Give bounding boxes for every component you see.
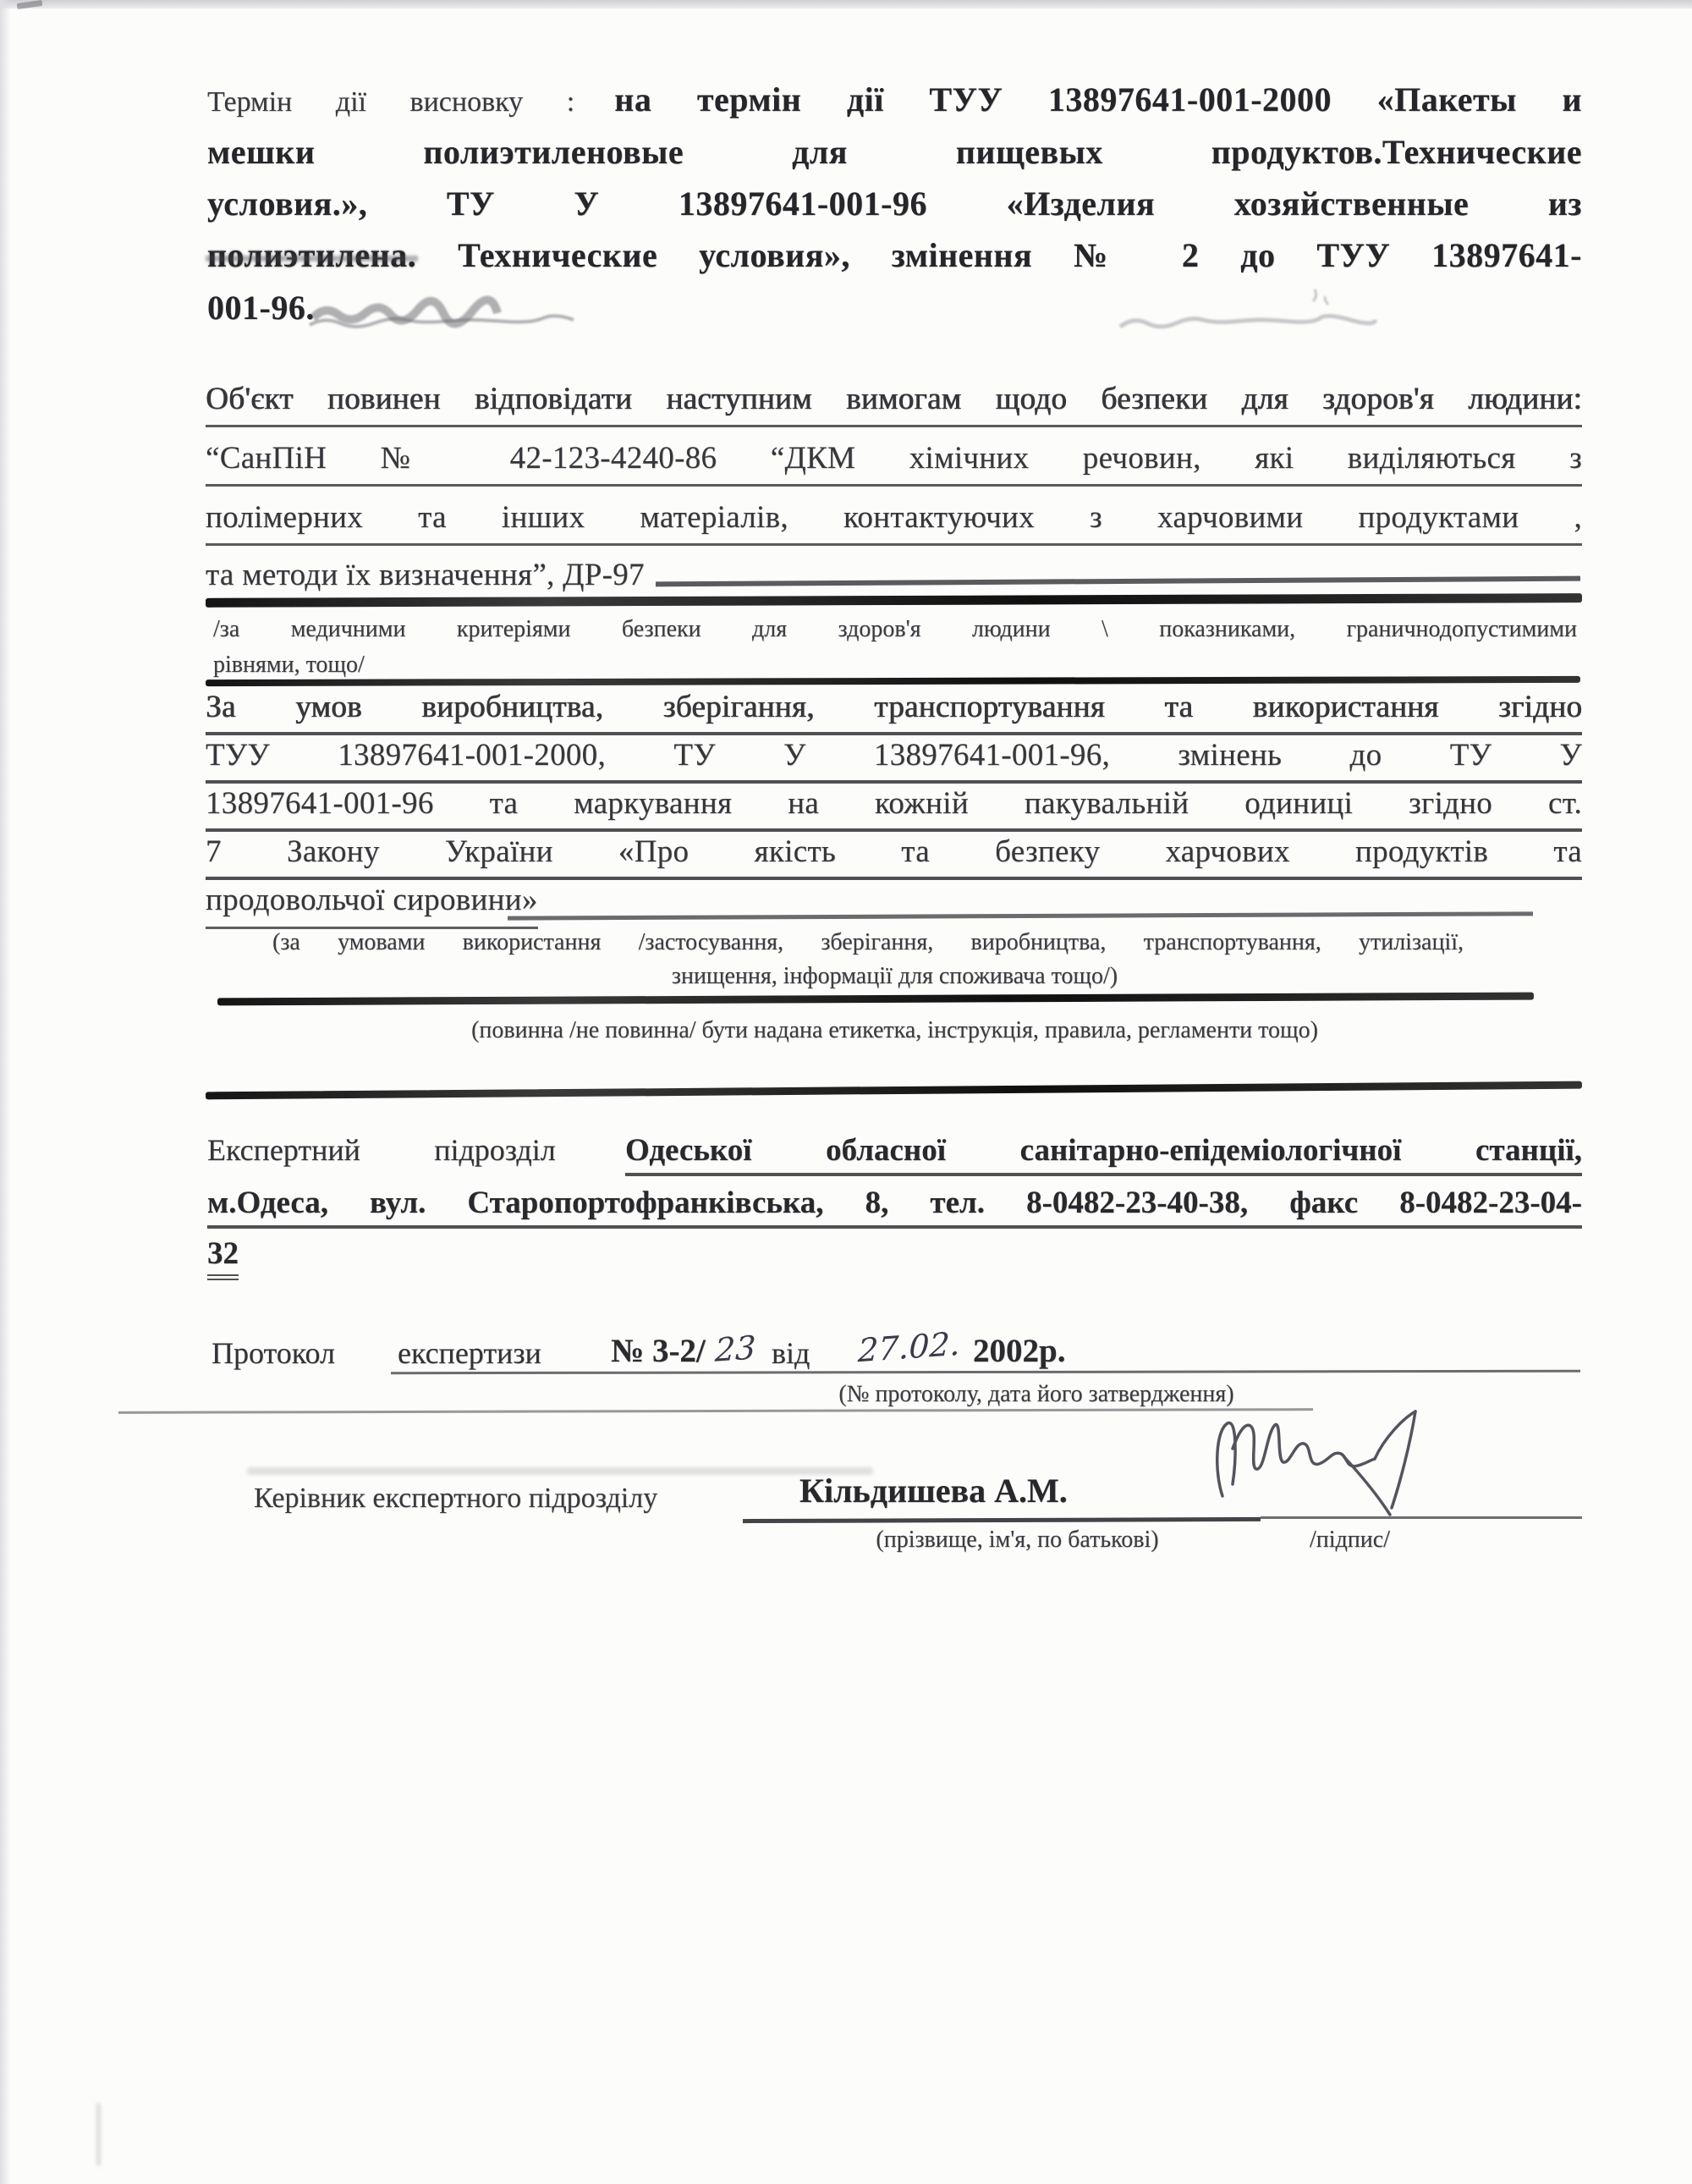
head-label: Керівник експертного підрозділу (254, 1483, 657, 1515)
term-line-4-struck-word: полиэтилена. (207, 236, 416, 274)
head-name: Кільдишева А.М. (799, 1471, 1068, 1510)
conditions-line-5: продовольчої сировини» (206, 882, 538, 929)
protocol-number-printed: № 3-2/ (611, 1332, 706, 1370)
criteria-note-line-1: /за медичними критеріями безпеки для здо… (213, 616, 1577, 643)
head-caption-sign: /підпис/ (1310, 1527, 1390, 1554)
safety-line-3: полімерних та інших матеріалів, контакту… (206, 499, 1582, 546)
document-page: Термін дії висновку : на термін дії ТУУ … (0, 0, 1692, 2184)
protocol-underline (391, 1370, 1580, 1374)
conditions-line-1: За умов виробництва, зберігання, транспо… (206, 689, 1582, 735)
scan-mark-bottom-left (96, 2103, 101, 2166)
separator-bar-3 (217, 993, 1534, 1006)
separator-bar-4 (206, 1081, 1582, 1100)
term-line-4-text: Технические условия», змінення № 2 до ТУ… (458, 236, 1582, 274)
head-caption-name: (прізвище, ім'я, по батькові) (774, 1527, 1261, 1554)
term-line-1: Термін дії висновку : на термін дії ТУУ … (207, 80, 1582, 119)
protocol-label: Протокол (211, 1335, 335, 1371)
expert-prefix: Експертний підрозділ (207, 1133, 556, 1167)
protocol-date-handwritten: 27.02. (857, 1325, 960, 1370)
protocol-caption-underline (118, 1408, 1313, 1414)
conditions-line-5-extension-rule (508, 911, 1533, 920)
label-note: (повинна /не повинна/ бути надана етикет… (207, 1017, 1582, 1044)
signature (1197, 1389, 1434, 1533)
usage-note-line-2: знищення, інформації для споживача тощо/… (207, 963, 1582, 990)
faint-smudge (247, 1467, 873, 1475)
scan-edge-top (0, 0, 1692, 8)
separator-bar-2 (206, 676, 1580, 686)
term-line-3: условия.», ТУ У 13897641-001-96 «Изделия… (207, 184, 1582, 223)
expert-org: Одеської обласної санітарно-епідеміологі… (625, 1133, 1582, 1176)
term-label: Термін дії висновку : (207, 86, 574, 118)
safety-line-2: “СанПіН № 42-123-4240-86 “ДКМ хімічних р… (206, 440, 1582, 487)
safety-line-4-extension-rule (656, 576, 1580, 587)
head-name-underline (743, 1517, 1261, 1523)
scan-edge-left (0, 0, 11, 2184)
ink-smudge-scrawl (306, 298, 619, 338)
conditions-line-3: 13897641-001-96 та маркування на кожній … (206, 785, 1582, 832)
expert-line-3: 32 (207, 1235, 239, 1272)
expert-line-2: м.Одеса, вул. Старопортофранківська, 8, … (207, 1185, 1582, 1221)
term-line-2: мешки полиэтиленовые для пищевых продукт… (207, 132, 1582, 172)
head-sign-underline (1261, 1516, 1582, 1519)
safety-line-1: Об'єкт повинен відповідати наступним вим… (206, 381, 1582, 427)
protocol-vid-label: від (772, 1335, 810, 1371)
expert-address: м.Одеса, вул. Старопортофранківська, 8, … (207, 1186, 1582, 1229)
protocol-number-handwritten: 23 (714, 1329, 756, 1369)
criteria-note-line-2: рівнями, тощо/ (213, 652, 365, 679)
faint-pencil-scrawl (1115, 305, 1394, 344)
conditions-line-2: ТУУ 13897641-001-2000, ТУ У 13897641-001… (206, 737, 1582, 784)
term-line-1-text: на термін дії ТУУ 13897641-001-2000 «Пак… (614, 80, 1582, 118)
term-line-4: полиэтилена. Технические условия», зміне… (207, 235, 1582, 275)
protocol-date-printed: 2002р. (973, 1332, 1065, 1370)
term-line-5: 001-96. (207, 288, 315, 327)
conditions-line-4: 7 Закону України «Про якість та безпеку … (206, 833, 1582, 880)
expert-address-tail: 32 (207, 1236, 239, 1280)
protocol-label2: експертизи (398, 1335, 541, 1371)
usage-note-line-1: (за умовами використання /застосування, … (272, 929, 1464, 956)
expert-line-1: Експертний підрозділ Одеської обласної с… (207, 1132, 1582, 1169)
